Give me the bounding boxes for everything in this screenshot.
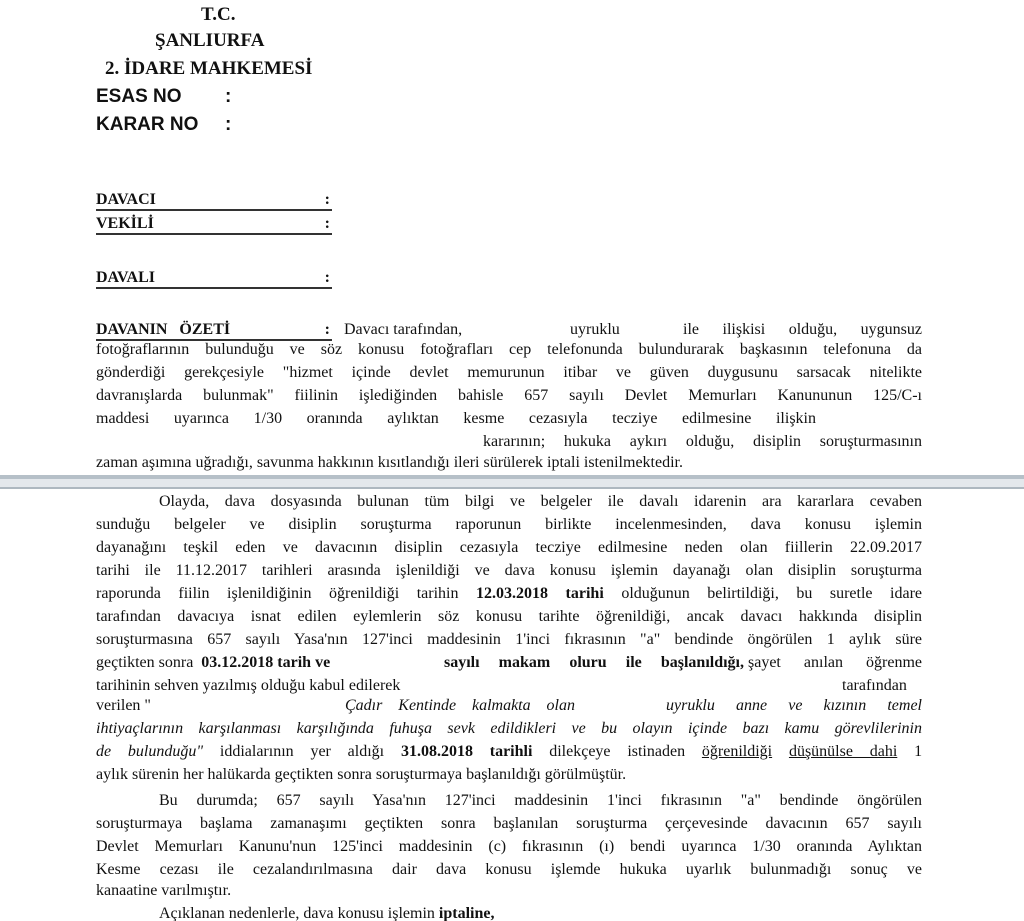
p1-line-10c: uyruklu anne ve kızının temel [666,696,922,716]
p1-line-8d: şayet anılan öğrenme [748,653,922,673]
summary-label: DAVANIN ÖZETİ [96,321,230,338]
p3-line-1: Açıklanan nedenlerle, dava konusu işlemi… [159,904,494,921]
esas-no-colon: : [225,86,231,108]
p1-line-8a: geçtikten sonra 03.12.2018 tarih ve [96,653,330,673]
summary-colon: : [325,320,330,339]
p1-line-9b: tarafından [842,676,907,696]
p1-line-5a: raporunda fiilin işlenildiğinin öğrenild… [96,585,459,602]
esas-no-label: ESAS NO [96,86,182,108]
date-31-08-2018: 31.08.2018 tarihli [401,743,532,760]
p2-line-2: soruşturmaya başlama zamanaşımı geçtikte… [96,814,922,834]
p1-line-6: tarafından davacıya isnat edilen eylemle… [96,607,922,627]
p1-line-4: tarihi ile 11.12.2017 tarihleri arasında… [96,561,922,581]
p1-line-3: dayanağını teşkil eden ve davacının disi… [96,538,922,558]
summary-label-block: DAVANIN ÖZETİ : [96,320,332,341]
davaci-label: DAVACI [96,191,156,208]
karar-no-label: KARAR NO [96,114,198,136]
p1-line-9a: tarihinin sehven yazılmış olduğu kabul e… [96,676,400,696]
summary-line-7: zaman aşımına uğradığı, savunma hakkının… [96,453,922,473]
davaci-colon: : [325,190,330,209]
p2-line-1: Bu durumda; 657 sayılı Yasa'nın 127'inci… [159,791,922,811]
p2-line-5: kanaatine varılmıştır. [96,881,922,901]
vekili-colon: : [325,214,330,233]
vekili-label: VEKİLİ [96,215,154,232]
p1-line-11: ihtiyaçlarının karşılanması karşılığında… [96,719,922,739]
p1-line-1: Olayda, dava dosyasında bulunan tüm bilg… [159,492,922,512]
header-court: 2. İDARE MAHKEMESİ [105,58,312,80]
date-03-12-2018: 03.12.2018 tarih ve [201,654,330,671]
davali-label: DAVALI [96,269,155,286]
summary-line-2: fotoğraflarının bulunduğu ve söz konusu … [96,340,922,360]
p1-line-8c: sayılı makam oluru ile başlanıldığı, [444,653,744,673]
verdict-iptaline: iptaline, [439,905,495,921]
summary-line-6: kararının; hukuka aykırı olduğu, disipli… [483,432,922,452]
summary-line-1b: uyruklu [570,320,620,339]
summary-line-5: maddesi uyarınca 1/30 oranında aylıktan … [96,409,816,429]
p1-line-12: de bulunduğu" iddialarının yer aldığı 31… [96,742,922,762]
p1-line-2: sunduğu belgeler ve disiplin soruşturma … [96,515,922,535]
summary-line-1c: ile ilişkisi olduğu, uygunsuz [683,320,922,339]
summary-line-1a: Davacı tarafından, [344,320,462,339]
summary-line-3: gönderdiği gerekçesiyle "hizmet içinde d… [96,363,922,383]
header-tc: T.C. [201,4,235,26]
page-break-bottom [0,487,1024,489]
p2-line-4: Kesme cezası ile cezalandırılmasına dair… [96,860,922,880]
p1-line-7: soruşturmasına 657 sayılı Yasa'nın 127'i… [96,630,922,650]
page-break-band [0,479,1024,487]
p1-line-5c: olduğunun belirtildiği, bu suretle idare [621,585,922,602]
karar-no-colon: : [225,114,231,136]
davali-colon: : [325,268,330,287]
p2-line-3: Devlet Memurları Kanunu'nun 125'inci mad… [96,837,922,857]
p1-line-13: aylık sürenin her halükarda geçtikten so… [96,765,922,785]
party-vekili: VEKİLİ : [96,214,332,235]
p1-line-5: raporunda fiilin işlenildiğinin öğrenild… [96,584,922,604]
party-davaci: DAVACI : [96,190,332,211]
party-davali: DAVALI : [96,268,332,289]
header-city: ŞANLIURFA [155,30,264,52]
p1-line-10b: Çadır Kentinde kalmakta olan [345,696,575,716]
summary-line-4: davranışlarda bulunmak" fiilinin işlediğ… [96,386,922,406]
date-12-03-2018: 12.03.2018 tarihi [476,585,604,602]
p1-line-10a: verilen " [96,696,151,716]
